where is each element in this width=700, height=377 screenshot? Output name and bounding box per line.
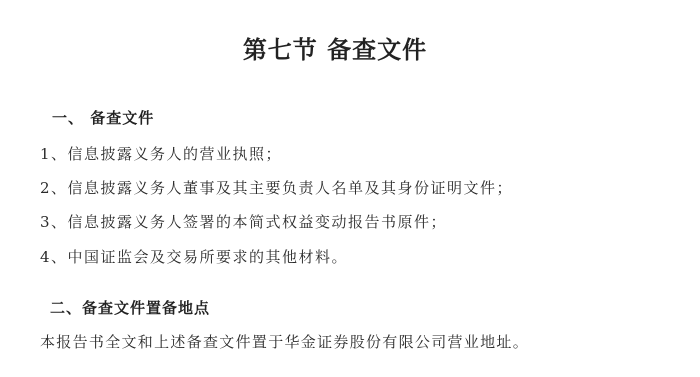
list-item: 3、信息披露义务人签署的本简式权益变动报告书原件； (40, 211, 447, 232)
list-item: 1、信息披露义务人的营业执照； (40, 143, 282, 164)
section-heading-reference-documents: 一、 备查文件 (52, 107, 154, 128)
list-item: 2、信息披露义务人董事及其主要负责人名单及其身份证明文件； (40, 177, 513, 198)
list-item: 4、中国证监会及交易所要求的其他材料。 (40, 246, 348, 267)
section-heading-document-location: 二、备查文件置备地点 (50, 297, 210, 318)
page-title: 第七节 备查文件 (0, 30, 670, 65)
location-paragraph: 本报告书全文和上述备查文件置于华金证券股份有限公司营业地址。 (40, 331, 529, 352)
